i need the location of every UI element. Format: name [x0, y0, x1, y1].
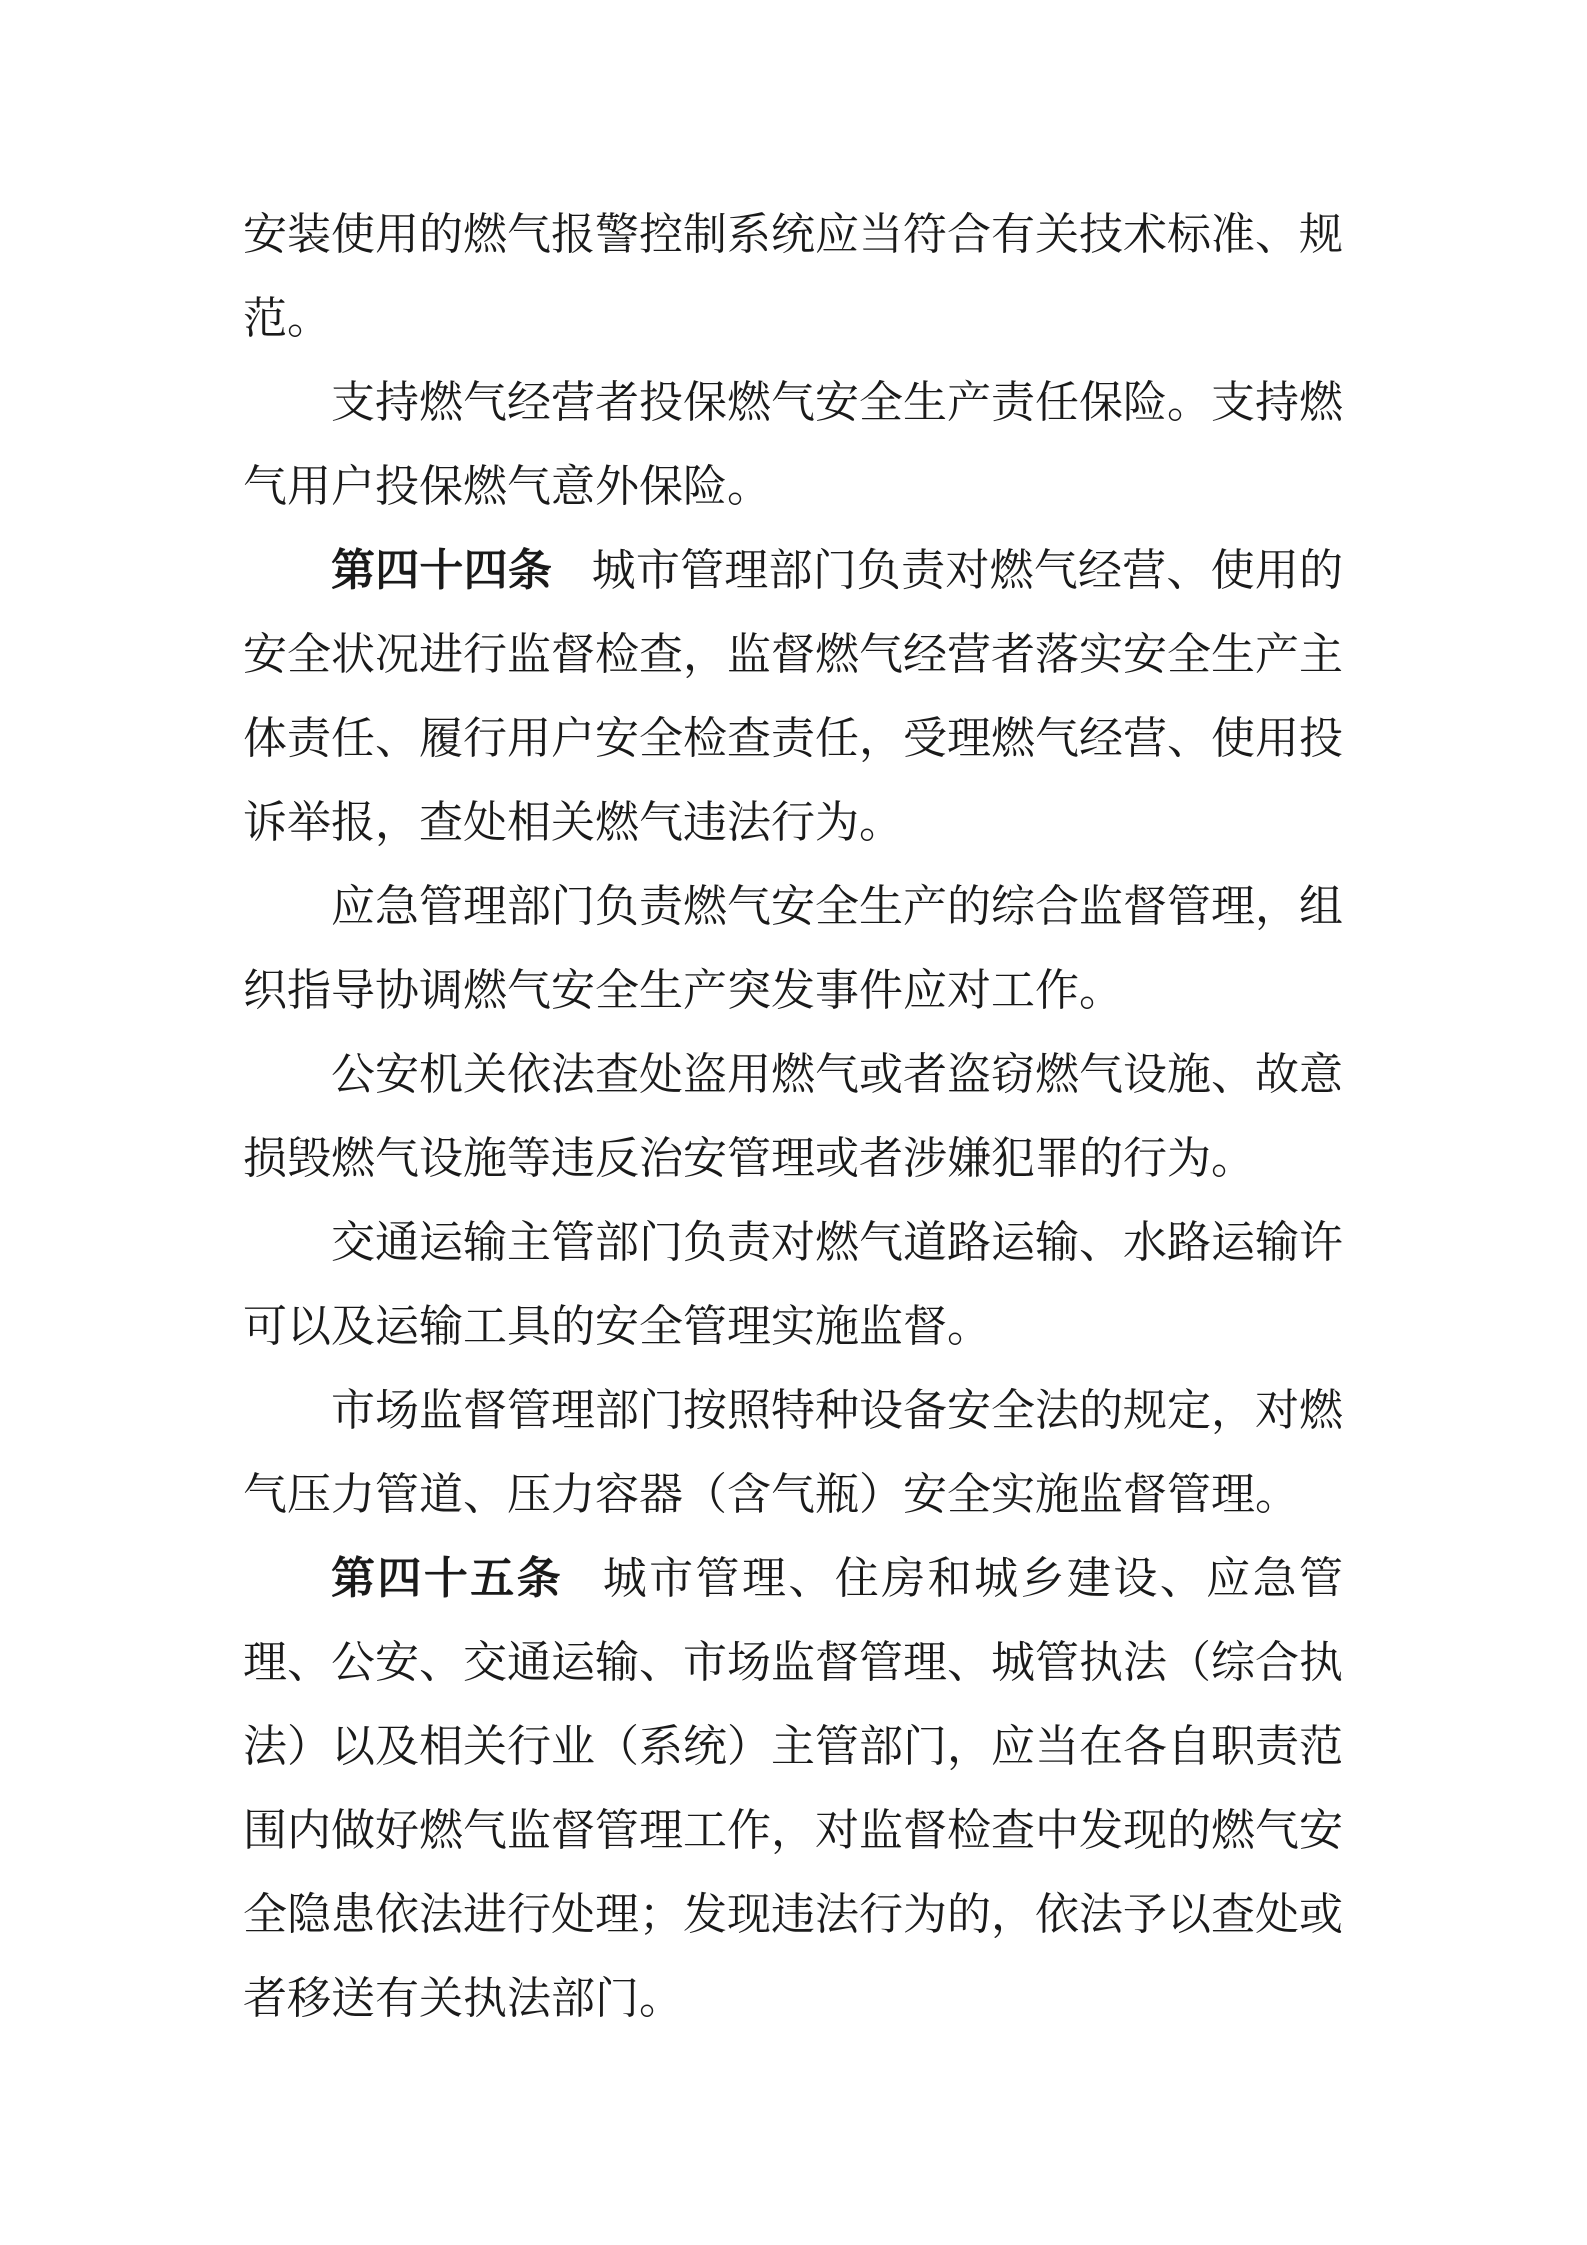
paragraph-text: 公安机关依法查处盗用燃气或者盗窃燃气设施、故意损毁燃气设施等违反治安管理或者涉嫌…: [243, 1050, 1343, 1183]
paragraph-text: 市场监督管理部门按照特种设备安全法的规定，对燃气压力管道、压力容器（含气瓶）安全…: [243, 1386, 1343, 1519]
paragraph-article-44: 第四十四条城市管理部门负责对燃气经营、使用的安全状况进行监督检查，监督燃气经营者…: [243, 529, 1343, 865]
document-body: 安装使用的燃气报警控制系统应当符合有关技术标准、规范。 支持燃气经营者投保燃气安…: [243, 193, 1343, 2041]
paragraph-text: 城市管理、住房和城乡建设、应急管理、公安、交通运输、市场监督管理、城管执法（综合…: [243, 1554, 1343, 2023]
paragraph-text: 应急管理部门负责燃气安全生产的综合监督管理，组织指导协调燃气安全生产突发事件应对…: [243, 882, 1343, 1015]
paragraph: 市场监督管理部门按照特种设备安全法的规定，对燃气压力管道、压力容器（含气瓶）安全…: [243, 1369, 1343, 1537]
article-number: 第四十五条: [331, 1554, 563, 1603]
paragraph-text: 安装使用的燃气报警控制系统应当符合有关技术标准、规范。: [243, 210, 1343, 343]
paragraph-text: 支持燃气经营者投保燃气安全生产责任保险。支持燃气用户投保燃气意外保险。: [243, 378, 1343, 511]
paragraph-continuation: 安装使用的燃气报警控制系统应当符合有关技术标准、规范。: [243, 193, 1343, 361]
paragraph: 交通运输主管部门负责对燃气道路运输、水路运输许可以及运输工具的安全管理实施监督。: [243, 1201, 1343, 1369]
paragraph-text: 交通运输主管部门负责对燃气道路运输、水路运输许可以及运输工具的安全管理实施监督。: [243, 1218, 1343, 1351]
article-number: 第四十四条: [331, 546, 552, 595]
document-page: 安装使用的燃气报警控制系统应当符合有关技术标准、规范。 支持燃气经营者投保燃气安…: [0, 0, 1587, 2245]
paragraph-article-45: 第四十五条城市管理、住房和城乡建设、应急管理、公安、交通运输、市场监督管理、城管…: [243, 1537, 1343, 2041]
paragraph: 应急管理部门负责燃气安全生产的综合监督管理，组织指导协调燃气安全生产突发事件应对…: [243, 865, 1343, 1033]
paragraph: 公安机关依法查处盗用燃气或者盗窃燃气设施、故意损毁燃气设施等违反治安管理或者涉嫌…: [243, 1033, 1343, 1201]
paragraph: 支持燃气经营者投保燃气安全生产责任保险。支持燃气用户投保燃气意外保险。: [243, 361, 1343, 529]
